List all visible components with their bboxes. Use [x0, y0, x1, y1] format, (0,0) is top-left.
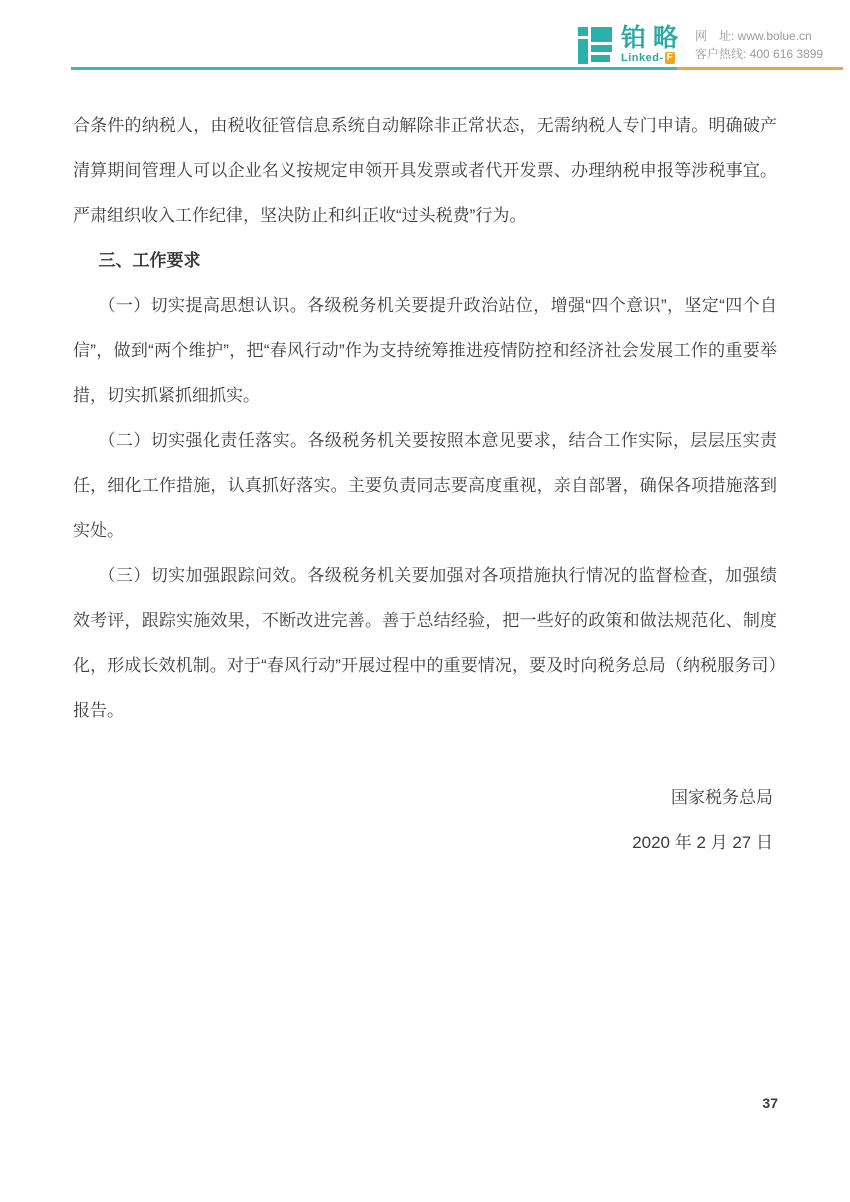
brand-name-cn: 铂略: [621, 25, 685, 51]
document-body: 合条件的纳税人，由税收征管信息系统自动解除非正常状态，无需纳税人专门申请。明确破…: [73, 103, 777, 865]
brand-name-en-text: Linked-: [621, 52, 664, 64]
logo-block: [591, 55, 610, 62]
page-header: 铂略 Linked- F 网 址: www.bolue.cn 客户热线: 400…: [578, 25, 823, 65]
page-number: 37: [762, 1095, 778, 1111]
logo-block: [591, 45, 612, 52]
logo-block: [578, 39, 588, 64]
header-divider: [71, 67, 843, 70]
brand-name-en: Linked- F: [621, 52, 685, 64]
logo-block: [591, 27, 612, 42]
contact-info: 网 址: www.bolue.cn 客户热线: 400 616 3899: [695, 25, 823, 63]
divider-teal-segment: [71, 67, 677, 70]
divider-orange-segment: [677, 67, 843, 70]
intro-paragraph: 合条件的纳税人，由税收征管信息系统自动解除非正常状态，无需纳税人专门申请。明确破…: [73, 103, 777, 238]
section-heading: 三、工作要求: [73, 238, 777, 283]
signature-date: 2020 年 2 月 27 日: [73, 820, 773, 865]
bolue-logo-icon: [578, 25, 614, 65]
document-page: 铂略 Linked- F 网 址: www.bolue.cn 客户热线: 400…: [0, 0, 850, 1202]
brand-text-group: 铂略 Linked- F: [621, 25, 685, 64]
hotline-line: 客户热线: 400 616 3899: [695, 45, 823, 63]
logo-block: [578, 27, 588, 36]
brand-name-en-f-badge: F: [665, 52, 675, 64]
paragraph-1: （一）切实提高思想认识。各级税务机关要提升政治站位，增强“四个意识”，坚定“四个…: [73, 283, 777, 418]
signature-org: 国家税务总局: [73, 775, 773, 820]
website-line: 网 址: www.bolue.cn: [695, 27, 823, 45]
paragraph-3: （三）切实加强跟踪问效。各级税务机关要加强对各项措施执行情况的监督检查，加强绩效…: [73, 553, 777, 733]
paragraph-2: （二）切实强化责任落实。各级税务机关要按照本意见要求，结合工作实际，层层压实责任…: [73, 418, 777, 553]
signature-block: 国家税务总局 2020 年 2 月 27 日: [73, 775, 777, 865]
